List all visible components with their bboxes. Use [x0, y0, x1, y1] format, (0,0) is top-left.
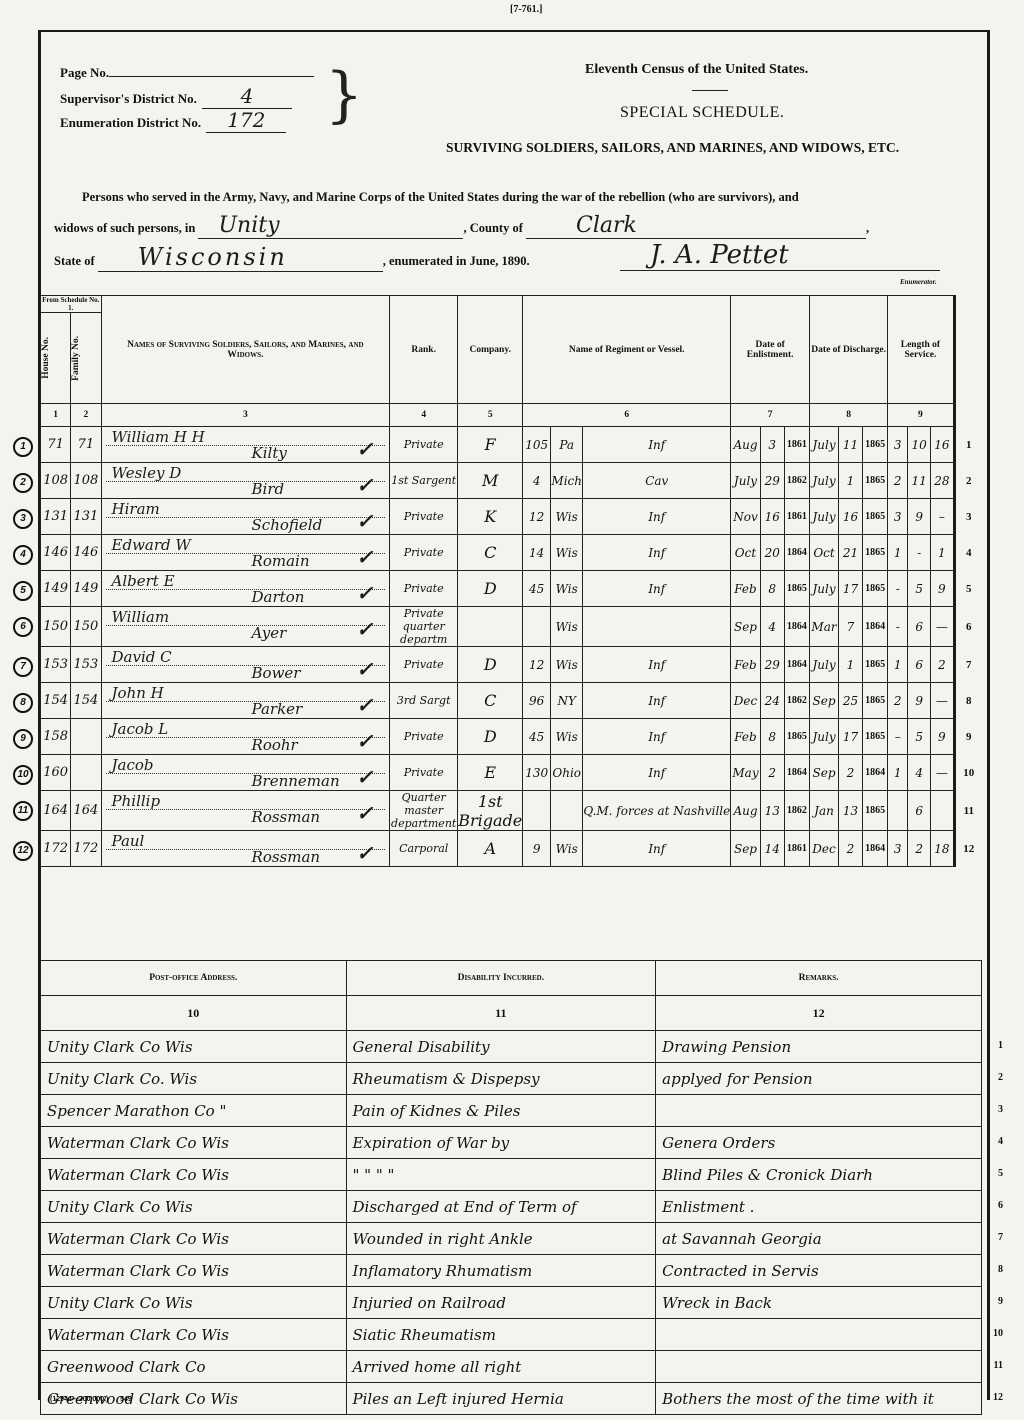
company: C [458, 683, 523, 719]
house-no: 7153 [41, 647, 71, 683]
first-name: Jacob L [112, 720, 169, 738]
soldiers-table: From Schedule No. 1. Names of Surviving … [40, 295, 982, 867]
census-title: Eleventh Census of the United States. [585, 62, 808, 78]
reg-type: Inf [583, 647, 731, 683]
checkmark-icon: ✓ [356, 657, 373, 681]
post-office-address: 7Waterman Clark Co Wis [41, 1223, 347, 1255]
reg-type: Inf [583, 831, 731, 867]
reg-type: Inf [583, 719, 731, 755]
reg-no: 96 [523, 683, 551, 719]
reg-no: 12 [523, 499, 551, 535]
yrs: 3 [888, 499, 908, 535]
family-no: 154 [71, 683, 101, 719]
yrs: 3 [888, 831, 908, 867]
family-no: 172 [71, 831, 101, 867]
remarks-header: Remarks. [656, 961, 982, 996]
table-row: 9158Jacob LRoohr✓PrivateD45WisInfFeb8186… [41, 719, 983, 755]
table-row: 17171William H HKilty✓PrivateF105PaInfAu… [41, 427, 983, 463]
col-number: 7 [731, 404, 810, 427]
table-row: 8154154John HParker✓3rd SargtC96NYInfDec… [41, 683, 983, 719]
rank: Private [390, 719, 458, 755]
table-row: 2Unity Clark Co. Wis Rheumatism & Dispep… [41, 1063, 982, 1095]
yrs [888, 791, 908, 831]
supervisor-district-value: 4 [202, 84, 292, 109]
post-office-address: 6Unity Clark Co Wis [41, 1191, 347, 1223]
post-office-address: 8Waterman Clark Co Wis [41, 1255, 347, 1287]
row-number: 6 [954, 607, 982, 647]
disability-incurred: Discharged at End of Term of [346, 1191, 656, 1223]
dis-month: July [810, 571, 839, 607]
rank: Carporal [390, 831, 458, 867]
table-row: 4Waterman Clark Co Wis Expiration of War… [41, 1127, 982, 1159]
form-number: [7-761.] [510, 4, 543, 15]
dis-year: 1864 [862, 755, 887, 791]
family-no-header: Family No. [71, 313, 101, 404]
row-number: 11 [994, 1360, 1003, 1371]
discharge-header: Date of Discharge. [810, 296, 888, 404]
enumerator-signature: J. A. Pettet [620, 240, 940, 271]
rank: Private [390, 647, 458, 683]
family-no: 149 [71, 571, 101, 607]
first-name: William [112, 608, 170, 626]
last-name: Schofield [252, 516, 323, 534]
rank: Private [390, 755, 458, 791]
soldier-name: HiramSchofield✓ [101, 499, 390, 535]
enl-year: 1864 [784, 535, 809, 571]
company: K [458, 499, 523, 535]
last-name: Darton [252, 588, 305, 606]
rank: 3rd Sargt [390, 683, 458, 719]
days [931, 791, 954, 831]
reg-state: NY [551, 683, 583, 719]
family-no: 71 [71, 427, 101, 463]
dis-year: 1865 [862, 791, 887, 831]
intro-line1: Persons who served in the Army, Navy, an… [82, 190, 982, 205]
dis-year: 1865 [862, 535, 887, 571]
reg-type: Q.M. forces at Nashville [583, 791, 731, 831]
soldier-name: WilliamAyer✓ [101, 607, 390, 647]
remarks: 10 [656, 1319, 982, 1351]
dis-month: July [810, 499, 839, 535]
last-name: Romain [252, 552, 310, 570]
reg-no: 9 [523, 831, 551, 867]
table-row: 3Spencer Marathon Co " Pain of Kidnes & … [41, 1095, 982, 1127]
soldier-name: Edward WRomain✓ [101, 535, 390, 571]
soldier-name: John HParker✓ [101, 683, 390, 719]
house-no: 3131 [41, 499, 71, 535]
post-office-address: 4Waterman Clark Co Wis [41, 1127, 347, 1159]
col-number: 2 [71, 404, 101, 427]
dis-day: 2 [839, 755, 863, 791]
reg-state: Wis [551, 499, 583, 535]
enl-day: 29 [760, 647, 784, 683]
post-office-address: 5Waterman Clark Co Wis [41, 1159, 347, 1191]
enl-day: 2 [760, 755, 784, 791]
col-number: 4 [390, 404, 458, 427]
last-name: Ayer [252, 624, 287, 642]
table-row: 12172172PaulRossman✓CarporalA9WisInfSep1… [41, 831, 983, 867]
mos: 11 [908, 463, 931, 499]
family-no: 108 [71, 463, 101, 499]
soldier-name: PhillipRossman✓ [101, 791, 390, 831]
last-name: Kilty [252, 444, 287, 462]
enumeration-district-label: Enumeration District No. [60, 115, 201, 130]
county-label: , County of [463, 221, 522, 235]
reg-state [551, 791, 583, 831]
days: — [931, 607, 954, 647]
dis-year: 1865 [862, 683, 887, 719]
days: 18 [931, 831, 954, 867]
rank: Private quarter departm [390, 607, 458, 647]
mos: 9 [908, 499, 931, 535]
county-field: Clark [526, 213, 866, 239]
soldier-name: PaulRossman✓ [101, 831, 390, 867]
table-row: 6150150WilliamAyer✓Private quarter depar… [41, 607, 983, 647]
checkmark-icon: ✓ [356, 437, 373, 461]
enl-year: 1861 [784, 427, 809, 463]
reg-type [583, 607, 731, 647]
row-number: 5 [954, 571, 982, 607]
reg-type: Inf [583, 499, 731, 535]
yrs: 1 [888, 755, 908, 791]
post-office-address: 1Unity Clark Co Wis [41, 1031, 347, 1063]
checkmark-icon: ✓ [356, 581, 373, 605]
family-no [71, 719, 101, 755]
table-row: 10160JacobBrenneman✓PrivateE130OhioInfMa… [41, 755, 983, 791]
enl-month: Nov [731, 499, 761, 535]
row-number: 12 [954, 831, 982, 867]
enl-year: 1865 [784, 571, 809, 607]
col-number: 8 [810, 404, 888, 427]
yrs: - [888, 571, 908, 607]
enl-day: 16 [760, 499, 784, 535]
reg-no: 12 [523, 647, 551, 683]
yrs: - [888, 607, 908, 647]
col-number: 6 [523, 404, 731, 427]
enl-month: Sep [731, 831, 761, 867]
disability-incurred: Pain of Kidnes & Piles [346, 1095, 656, 1127]
remarks: Drawing Pension1 [656, 1031, 982, 1063]
first-name: Albert E [112, 572, 175, 590]
remarks: Genera Orders4 [656, 1127, 982, 1159]
reg-type: Inf [583, 535, 731, 571]
family-no [71, 755, 101, 791]
reg-state: Wis [551, 607, 583, 647]
town-field: Unity [198, 213, 463, 239]
enl-year: 1864 [784, 607, 809, 647]
enl-month: Oct [731, 535, 761, 571]
dis-year: 1864 [862, 831, 887, 867]
reg-no: 45 [523, 719, 551, 755]
table-row: 4146146Edward WRomain✓PrivateC14WisInfOc… [41, 535, 983, 571]
row-number: 9 [998, 1296, 1003, 1307]
company: D [458, 647, 523, 683]
enumeration-district-value: 172 [206, 108, 286, 133]
title-divider [692, 90, 728, 91]
rank-header: Rank. [390, 296, 458, 404]
mos: 6 [908, 791, 931, 831]
days: 1 [931, 535, 954, 571]
dis-month: Jan [810, 791, 839, 831]
days: 28 [931, 463, 954, 499]
enl-month: Feb [731, 571, 761, 607]
enl-day: 24 [760, 683, 784, 719]
table-row: 7153153David CBower✓PrivateD12WisInfFeb2… [41, 647, 983, 683]
reg-type: Inf [583, 427, 731, 463]
last-name: Bird [252, 480, 285, 498]
post-office-address: 10Waterman Clark Co Wis [41, 1319, 347, 1351]
enl-year: 1864 [784, 755, 809, 791]
enl-month: Feb [731, 647, 761, 683]
enl-year: 1862 [784, 791, 809, 831]
row-number: 11 [954, 791, 982, 831]
days: — [931, 755, 954, 791]
row-circle-marker: 2 [13, 473, 33, 493]
reg-no: 105 [523, 427, 551, 463]
rank: Quarter master department [390, 791, 458, 831]
reg-state: Wis [551, 719, 583, 755]
last-name: Rossman [252, 848, 321, 866]
first-name: Edward W [112, 536, 191, 554]
enl-day: 8 [760, 571, 784, 607]
soldier-name: William H HKilty✓ [101, 427, 390, 463]
row-number: 7 [954, 647, 982, 683]
reg-no: 45 [523, 571, 551, 607]
row-number: 5 [998, 1168, 1003, 1179]
checkmark-icon: ✓ [356, 693, 373, 717]
table-row: 1Unity Clark Co Wis General Disability D… [41, 1031, 982, 1063]
checkmark-icon: ✓ [356, 729, 373, 753]
table-row: 3131131HiramSchofield✓PrivateK12WisInfNo… [41, 499, 983, 535]
page-no-label: Page No. [60, 65, 109, 80]
mos: 6 [908, 607, 931, 647]
family-no: 131 [71, 499, 101, 535]
state-field: Wisconsin [98, 243, 383, 272]
rank: 1st Sargent [390, 463, 458, 499]
row-circle-marker: 6 [13, 617, 33, 637]
row-number: 3 [954, 499, 982, 535]
enl-year: 1864 [784, 647, 809, 683]
row-number: 8 [954, 683, 982, 719]
names-header: Names of Surviving Soldiers, Sailors, an… [101, 296, 390, 404]
company: E [458, 755, 523, 791]
row-circle-marker: 8 [13, 693, 33, 713]
mos: 5 [908, 571, 931, 607]
soldier-name: Albert EDarton✓ [101, 571, 390, 607]
reg-no: 130 [523, 755, 551, 791]
first-name: Wesley D [112, 464, 182, 482]
row-number: 4 [998, 1136, 1003, 1147]
reg-state: Ohio [551, 755, 583, 791]
enl-year: 1865 [784, 719, 809, 755]
disability-incurred: Injuried on Railroad [346, 1287, 656, 1319]
company-header: Company. [458, 296, 523, 404]
enlistment-header: Date of Enlistment. [731, 296, 810, 404]
reg-state: Wis [551, 571, 583, 607]
yrs: 2 [888, 463, 908, 499]
table-row: 6Unity Clark Co Wis Discharged at End of… [41, 1191, 982, 1223]
checkmark-icon: ✓ [356, 617, 373, 641]
col-number: 5 [458, 404, 523, 427]
disability-incurred: General Disability [346, 1031, 656, 1063]
row-circle-marker: 3 [13, 509, 33, 529]
mos: 10 [908, 427, 931, 463]
enl-day: 3 [760, 427, 784, 463]
dis-year: 1865 [862, 427, 887, 463]
disability-header: Disability Incurred. [346, 961, 656, 996]
checkmark-icon: ✓ [356, 765, 373, 789]
first-name: William H H [112, 428, 205, 446]
dis-day: 13 [839, 791, 863, 831]
reg-type: Cav [583, 463, 731, 499]
col-number: 11 [346, 996, 656, 1031]
widows-label: widows of such persons, in [54, 221, 195, 235]
checkmark-icon: ✓ [356, 545, 373, 569]
reg-state: Mich [551, 463, 583, 499]
row-circle-marker: 5 [13, 581, 33, 601]
days: – [931, 499, 954, 535]
enl-year: 1861 [784, 499, 809, 535]
brace: } [325, 55, 363, 135]
last-name: Roohr [252, 736, 298, 754]
dis-month: July [810, 647, 839, 683]
first-name: David C [112, 648, 172, 666]
first-name: Paul [112, 832, 145, 850]
remarks: Wreck in Back9 [656, 1287, 982, 1319]
from-schedule-header: From Schedule No. 1. [41, 296, 102, 313]
post-office-address: 2Unity Clark Co. Wis [41, 1063, 347, 1095]
enl-day: 8 [760, 719, 784, 755]
house-no: 9158 [41, 719, 71, 755]
enl-month: Sep [731, 607, 761, 647]
company: 1st Brigade [458, 791, 523, 831]
row-number: 12 [993, 1392, 1003, 1403]
yrs: 2 [888, 683, 908, 719]
schedule-title: SPECIAL SCHEDULE. [620, 104, 784, 122]
dis-day: 21 [839, 535, 863, 571]
days: 9 [931, 571, 954, 607]
checkmark-icon: ✓ [356, 509, 373, 533]
row-number: 2 [954, 463, 982, 499]
dis-day: 17 [839, 719, 863, 755]
checkmark-icon: ✓ [356, 801, 373, 825]
enl-month: July [731, 463, 761, 499]
disability-incurred: Inflamatory Rhumatism [346, 1255, 656, 1287]
disability-table: Post-office Address. Disability Incurred… [40, 960, 982, 1415]
disability-incurred: Piles an Left injured Hernia [346, 1383, 656, 1415]
dis-month: Oct [810, 535, 839, 571]
enl-day: 13 [760, 791, 784, 831]
dis-year: 1864 [862, 607, 887, 647]
table-row: 5149149Albert EDarton✓PrivateD45WisInfFe… [41, 571, 983, 607]
checkmark-icon: ✓ [356, 841, 373, 865]
enl-year: 1862 [784, 683, 809, 719]
yrs: 1 [888, 647, 908, 683]
enl-month: Aug [731, 427, 761, 463]
dis-day: 7 [839, 607, 863, 647]
enl-month: Dec [731, 683, 761, 719]
house-no: 171 [41, 427, 71, 463]
first-name: Hiram [112, 500, 160, 518]
mos: 6 [908, 647, 931, 683]
dis-day: 1 [839, 647, 863, 683]
table-row: 2108108Wesley DBird✓1st SargentM4MichCav… [41, 463, 983, 499]
row-number: 2 [998, 1072, 1003, 1083]
dis-month: July [810, 427, 839, 463]
row-number: 8 [998, 1264, 1003, 1275]
post-office-address: 3Spencer Marathon Co " [41, 1095, 347, 1127]
family-no: 150 [71, 607, 101, 647]
table-row: 7Waterman Clark Co Wis Wounded in right … [41, 1223, 982, 1255]
enl-month: May [731, 755, 761, 791]
days: — [931, 683, 954, 719]
family-no: 164 [71, 791, 101, 831]
reg-type: Inf [583, 571, 731, 607]
dis-year: 1865 [862, 499, 887, 535]
dis-month: Mar [810, 607, 839, 647]
supervisor-district-label: Supervisor's District No. [60, 91, 197, 106]
row-circle-marker: 10 [13, 765, 33, 785]
dis-day: 11 [839, 427, 863, 463]
remarks: applyed for Pension2 [656, 1063, 982, 1095]
reg-state: Wis [551, 535, 583, 571]
house-no: 10160 [41, 755, 71, 791]
table-row: 12Greenwood Clark Co Wis Piles an Left i… [41, 1383, 982, 1415]
house-no: 12172 [41, 831, 71, 867]
mos: 2 [908, 831, 931, 867]
col-number: 3 [101, 404, 390, 427]
family-no: 146 [71, 535, 101, 571]
row-number: 1 [998, 1040, 1003, 1051]
enl-day: 14 [760, 831, 784, 867]
dis-month: Sep [810, 755, 839, 791]
disability-incurred: Wounded in right Ankle [346, 1223, 656, 1255]
col-number: 1 [41, 404, 71, 427]
soldier-name: Wesley DBird✓ [101, 463, 390, 499]
dis-month: July [810, 463, 839, 499]
row-number: 10 [993, 1328, 1003, 1339]
reg-state: Pa [551, 427, 583, 463]
reg-no: 4 [523, 463, 551, 499]
last-name: Bower [252, 664, 301, 682]
disability-incurred: " " " " [346, 1159, 656, 1191]
row-number: 7 [998, 1232, 1003, 1243]
enumerator-label: Enumerator. [900, 278, 937, 286]
house-no: 8154 [41, 683, 71, 719]
row-number: 9 [954, 719, 982, 755]
soldier-name: Jacob LRoohr✓ [101, 719, 390, 755]
reg-no: 14 [523, 535, 551, 571]
company: A [458, 831, 523, 867]
reg-no [523, 607, 551, 647]
remarks: Enlistment .6 [656, 1191, 982, 1223]
regiment-header: Name of Regiment or Vessel. [523, 296, 731, 404]
reg-type: Inf [583, 683, 731, 719]
house-no: 5149 [41, 571, 71, 607]
col-number: 9 [888, 404, 954, 427]
table-row: 9Unity Clark Co Wis Injuried on Railroad… [41, 1287, 982, 1319]
col-number: 10 [41, 996, 347, 1031]
row-circle-marker: 1 [13, 437, 33, 457]
district-info: Page No. Supervisor's District No. 4 Enu… [60, 60, 314, 132]
first-name: Jacob [112, 756, 154, 774]
company: D [458, 571, 523, 607]
company [458, 607, 523, 647]
dis-month: Sep [810, 683, 839, 719]
enl-month: Feb [731, 719, 761, 755]
mos: 9 [908, 683, 931, 719]
days: 2 [931, 647, 954, 683]
